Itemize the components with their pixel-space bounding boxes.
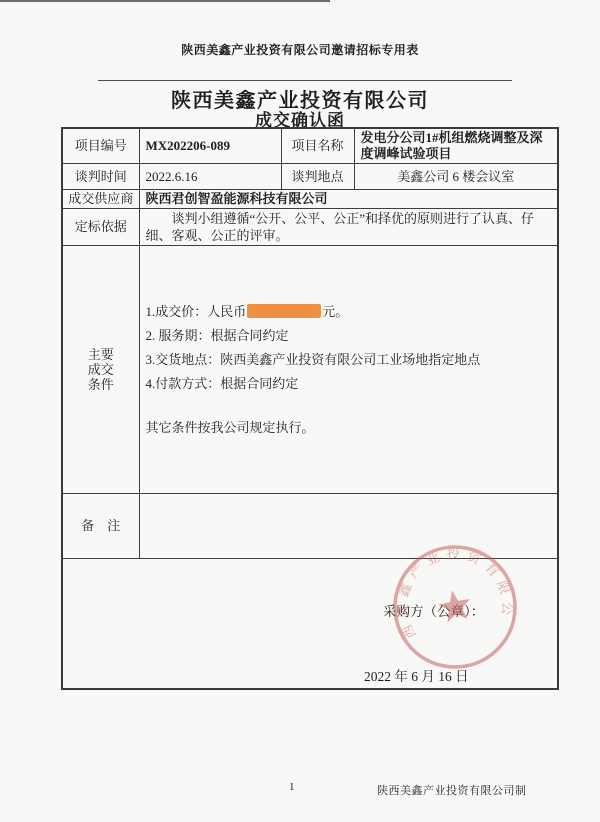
condition-delivery-place: 3.交货地点：陕西美鑫产业投资有限公司工业场地指定地点 — [146, 352, 552, 368]
table-row: 定标依据 谈判小组遵循“公开、公平、公正”和择优的原则进行了认真、仔细、客观、公… — [62, 209, 558, 246]
condition-payment-method: 4.付款方式：根据合同约定 — [146, 376, 552, 392]
table-row: 采购方（公章）： 2022 年 6 月 16 日 — [62, 559, 558, 689]
project-number-label: 项目编号 — [62, 128, 139, 164]
remarks-label: 备 注 — [62, 494, 139, 559]
project-number-value: MX202206-089 — [139, 128, 281, 164]
confirmation-table: 项目编号 MX202206-089 项目名称 发电分公司1#机组燃烧调整及深度调… — [61, 127, 557, 690]
table-row: 主要 成交 条件 1.成交价：人民币元。 2. 服务期：根据合同约定 3.交货地… — [62, 246, 558, 494]
form-header-note: 陕西美鑫产业投资有限公司邀请招标专用表 — [0, 41, 600, 58]
award-basis-label: 定标依据 — [62, 209, 139, 246]
scan-artifact-top-edge — [0, 0, 330, 2]
winning-supplier-value: 陕西君创智盈能源科技有限公司 — [139, 190, 558, 209]
main-conditions-label-line1: 主要 — [65, 347, 137, 362]
main-conditions-label-line2: 成交 — [65, 362, 137, 377]
main-conditions-value: 1.成交价：人民币元。 2. 服务期：根据合同约定 3.交货地点：陕西美鑫产业投… — [139, 246, 558, 494]
negotiation-time-label: 谈判时间 — [62, 164, 139, 190]
negotiation-place-label: 谈判地点 — [281, 164, 354, 190]
purchaser-seal-label: 采购方（公章）： — [383, 604, 484, 620]
condition-other: 其它条件按我公司规定执行。 — [146, 420, 552, 436]
table-row: 成交供应商 陕西君创智盈能源科技有限公司 — [62, 190, 558, 209]
footer-issuer: 陕西美鑫产业投资有限公司制 — [377, 782, 527, 798]
award-basis-value: 谈判小组遵循“公开、公平、公正”和择优的原则进行了认真、仔细、客观、公正的评审。 — [139, 209, 558, 246]
condition-service-period: 2. 服务期：根据合同约定 — [146, 328, 552, 344]
header-divider-line — [98, 80, 512, 81]
project-name-value: 发电分公司1#机组燃烧调整及深度调峰试验项目 — [354, 128, 558, 164]
condition-price-prefix: 1.成交价：人民币 — [146, 304, 247, 319]
signature-cell: 采购方（公章）： 2022 年 6 月 16 日 — [62, 559, 558, 689]
main-conditions-label-line3: 条件 — [65, 377, 137, 392]
award-basis-text: 谈判小组遵循“公开、公平、公正”和择优的原则进行了认真、仔细、客观、公正的评审。 — [146, 210, 552, 244]
remarks-value — [139, 494, 558, 559]
scanned-document-page: { "page": { "header_note": "陕西美鑫产业投资有限公司… — [0, 0, 600, 822]
table-row: 项目编号 MX202206-089 项目名称 发电分公司1#机组燃烧调整及深度调… — [62, 128, 558, 164]
page-number: 1 — [289, 781, 295, 793]
project-name-label: 项目名称 — [281, 128, 354, 164]
condition-price-line: 1.成交价：人民币元。 — [146, 304, 552, 320]
signature-date: 2022 年 6 月 16 日 — [364, 669, 469, 685]
main-conditions-label: 主要 成交 条件 — [62, 246, 139, 494]
winning-supplier-label: 成交供应商 — [62, 190, 139, 209]
price-redaction-box — [247, 304, 321, 318]
condition-price-suffix: 元。 — [322, 304, 348, 319]
negotiation-time-value: 2022.6.16 — [139, 164, 281, 190]
table-row: 备 注 — [62, 494, 558, 559]
negotiation-place-value: 美鑫公司 6 楼会议室 — [354, 164, 558, 190]
table-row: 谈判时间 2022.6.16 谈判地点 美鑫公司 6 楼会议室 — [62, 164, 558, 190]
